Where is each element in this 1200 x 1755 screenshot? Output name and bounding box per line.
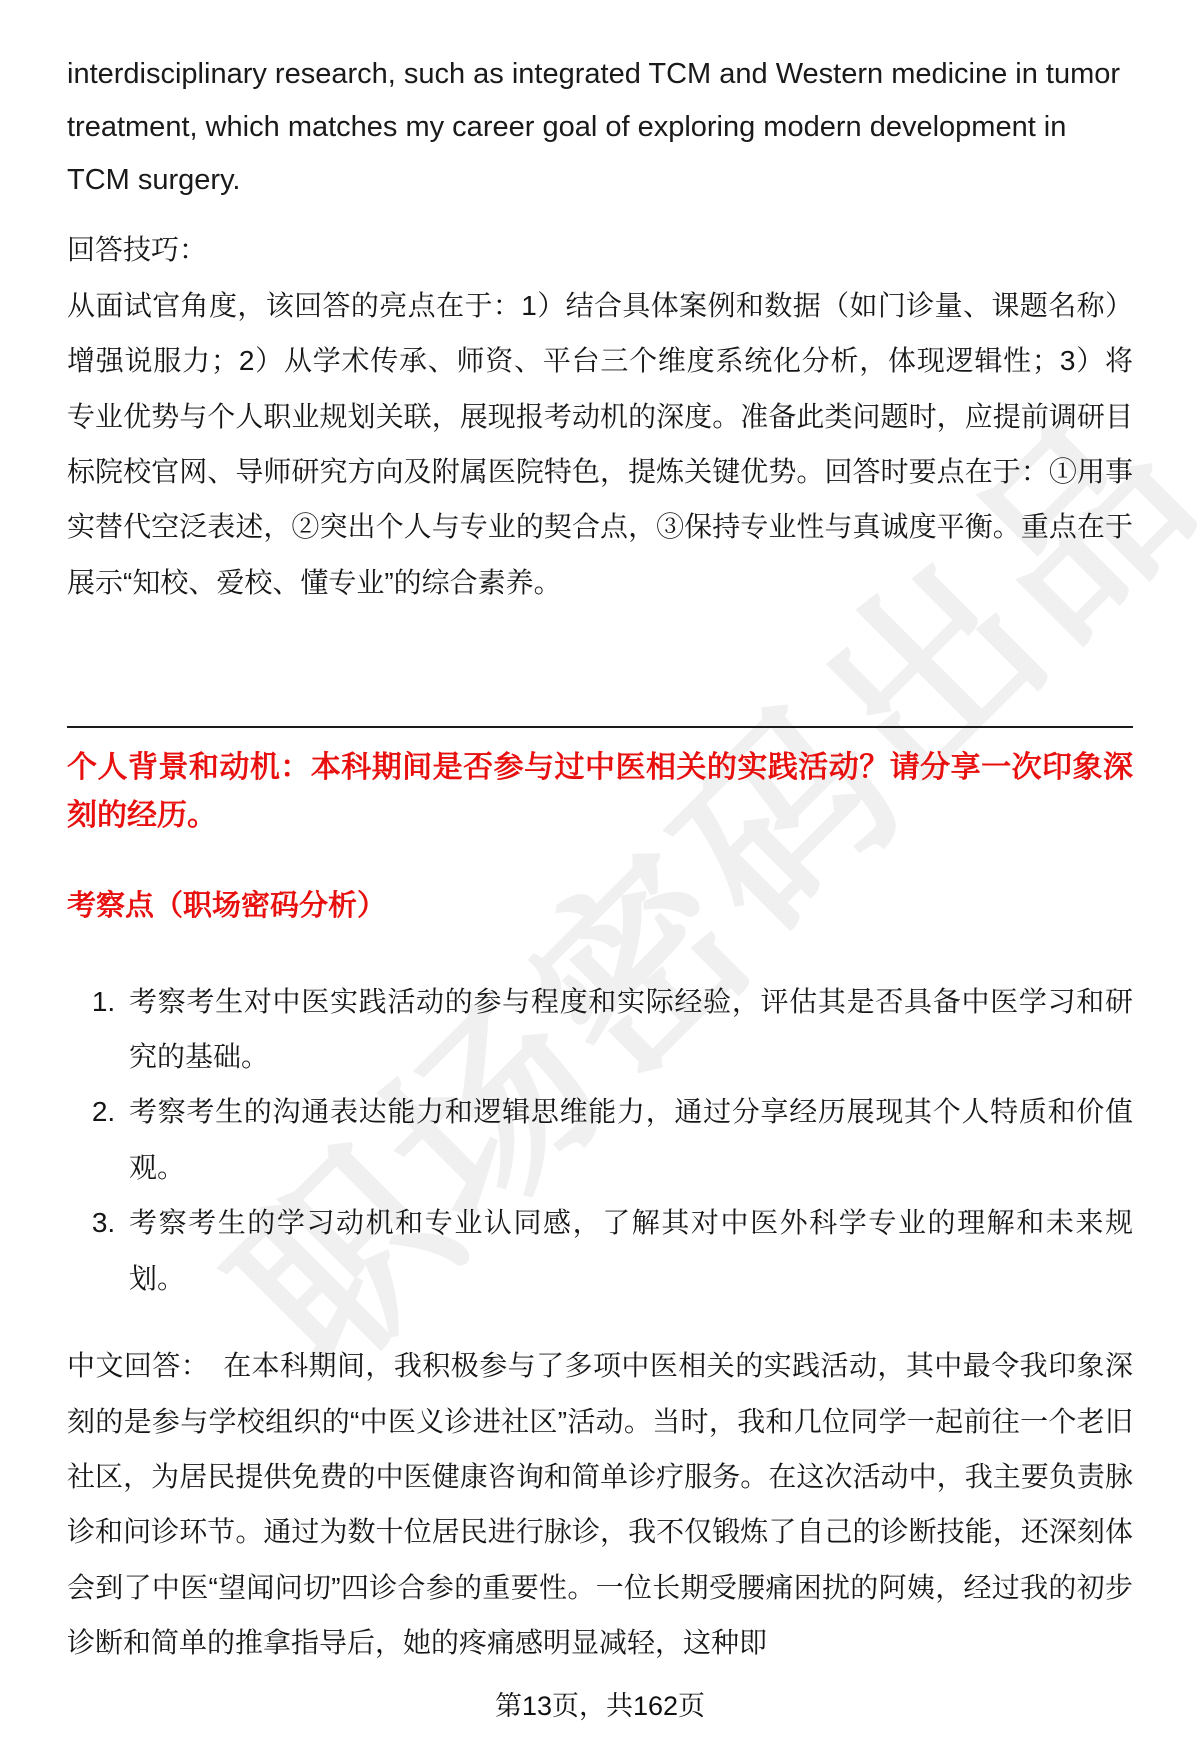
- chinese-answer-label: 中文回答：: [67, 1350, 209, 1381]
- answer-tips-label: 回答技巧：: [67, 222, 1133, 277]
- english-paragraph: interdisciplinary research, such as inte…: [67, 48, 1133, 206]
- analysis-heading: 考察点（职场密码分析）: [67, 883, 1133, 929]
- chinese-answer-text: 在本科期间，我积极参与了多项中医相关的实践活动，其中最令我印象深刻的是参与学校组…: [67, 1350, 1133, 1658]
- answer-tips-paragraph: 从面试官角度，该回答的亮点在于：1）结合具体案例和数据（如门诊量、课题名称）增强…: [67, 278, 1133, 611]
- document-page: 职场密码出品 interdisciplinary research, such …: [0, 0, 1200, 1755]
- section-divider: [67, 726, 1133, 728]
- page-content: interdisciplinary research, such as inte…: [67, 48, 1133, 1671]
- analysis-point-item: 考察考生的学习动机和专业认同感，了解其对中医外科学专业的理解和未来规划。: [123, 1195, 1133, 1306]
- analysis-point-item: 考察考生对中医实践活动的参与程度和实际经验，评估其是否具备中医学习和研究的基础。: [123, 974, 1133, 1085]
- chinese-answer-paragraph: 中文回答：在本科期间，我积极参与了多项中医相关的实践活动，其中最令我印象深刻的是…: [67, 1338, 1133, 1671]
- analysis-point-item: 考察考生的沟通表达能力和逻辑思维能力，通过分享经历展现其个人特质和价值观。: [123, 1084, 1133, 1195]
- analysis-points-list: 考察考生对中医实践活动的参与程度和实际经验，评估其是否具备中医学习和研究的基础。…: [67, 974, 1133, 1307]
- page-number-footer: 第13页，共162页: [0, 1684, 1200, 1723]
- question-title: 个人背景和动机：本科期间是否参与过中医相关的实践活动？请分享一次印象深刻的经历。: [67, 744, 1133, 839]
